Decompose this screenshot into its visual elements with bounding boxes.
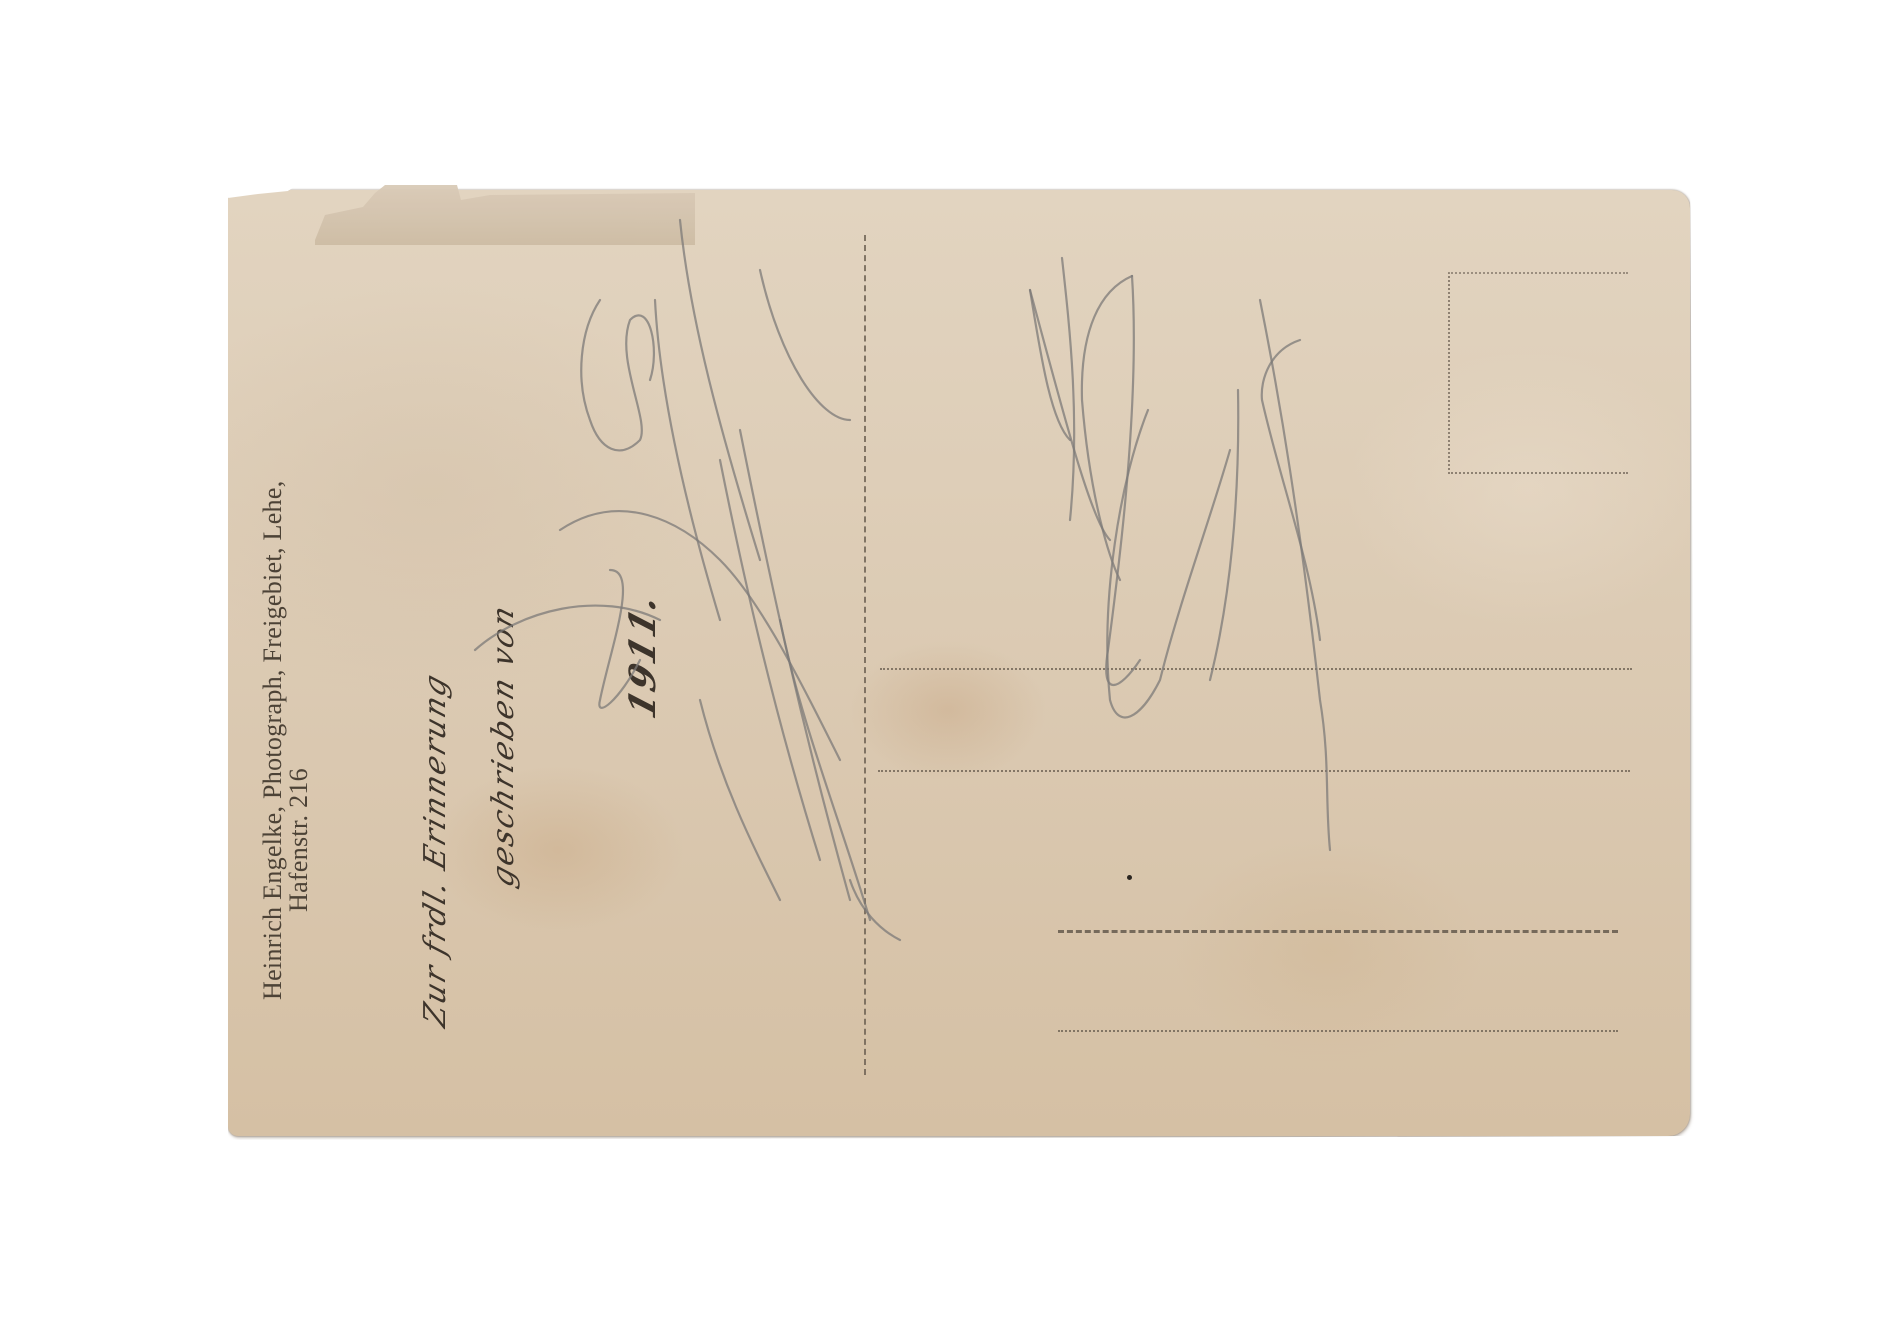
address-line	[1058, 1030, 1618, 1032]
handwritten-line-2: geschrieben von	[486, 600, 521, 892]
photographer-imprint: Heinrich Engelke, Photograph, Freigebiet…	[260, 481, 312, 1001]
imprint-line-2: Hafenstr. 216	[286, 481, 312, 1001]
ink-speck	[1127, 875, 1132, 880]
handwritten-line-1: Zur frdl. Erinnerung	[418, 668, 453, 1031]
handwritten-year: 1911.	[622, 587, 664, 723]
imprint-line-1: Heinrich Engelke, Photograph, Freigebiet…	[260, 481, 286, 1001]
stamp-placement-box	[1448, 272, 1628, 474]
address-line	[878, 770, 1630, 772]
address-line	[880, 668, 1632, 670]
address-line	[1058, 930, 1618, 933]
vertical-dashed-divider	[864, 235, 866, 1075]
